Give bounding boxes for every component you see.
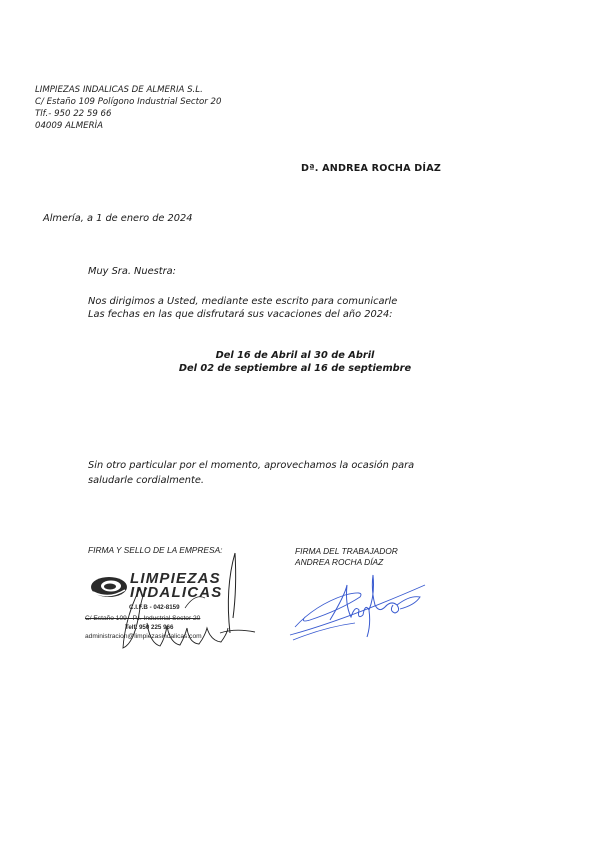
- sender-address-block: LIMPIEZAS INDALICAS DE ALMERIA S.L. C/ E…: [35, 84, 221, 132]
- sender-company: LIMPIEZAS INDALICAS DE ALMERIA S.L.: [35, 84, 221, 96]
- body-line-2: Las fechas en las que disfrutará sus vac…: [88, 308, 397, 321]
- vacation-periods: Del 16 de Abril al 30 de Abril Del 02 de…: [145, 349, 445, 375]
- company-signature-icon: [85, 548, 265, 653]
- sender-city: 04009 ALMERÌA: [35, 120, 221, 132]
- body-line-1: Nos dirigimos a Usted, mediante este esc…: [88, 295, 397, 308]
- vacation-period: Del 02 de septiembre al 16 de septiembre: [145, 362, 445, 375]
- closing-line-2: saludarle cordialmente.: [88, 473, 414, 488]
- sender-phone: Tlf.- 950 22 59 66: [35, 108, 221, 120]
- worker-signature-icon: [285, 565, 430, 645]
- sender-address: C/ Estaño 109 Polígono Industrial Sector…: [35, 96, 221, 108]
- closing-paragraph: Sin otro particular por el momento, apro…: [88, 458, 414, 488]
- salutation: Muy Sra. Nuestra:: [88, 266, 176, 277]
- closing-line-1: Sin otro particular por el momento, apro…: [88, 458, 414, 473]
- letter-body: Nos dirigimos a Usted, mediante este esc…: [88, 295, 397, 321]
- recipient-name: Dª. ANDREA ROCHA DÍAZ: [301, 163, 441, 174]
- vacation-period: Del 16 de Abril al 30 de Abril: [145, 349, 445, 362]
- worker-signature-title: FIRMA DEL TRABAJADOR: [295, 546, 398, 557]
- place-date: Almería, a 1 de enero de 2024: [43, 213, 193, 224]
